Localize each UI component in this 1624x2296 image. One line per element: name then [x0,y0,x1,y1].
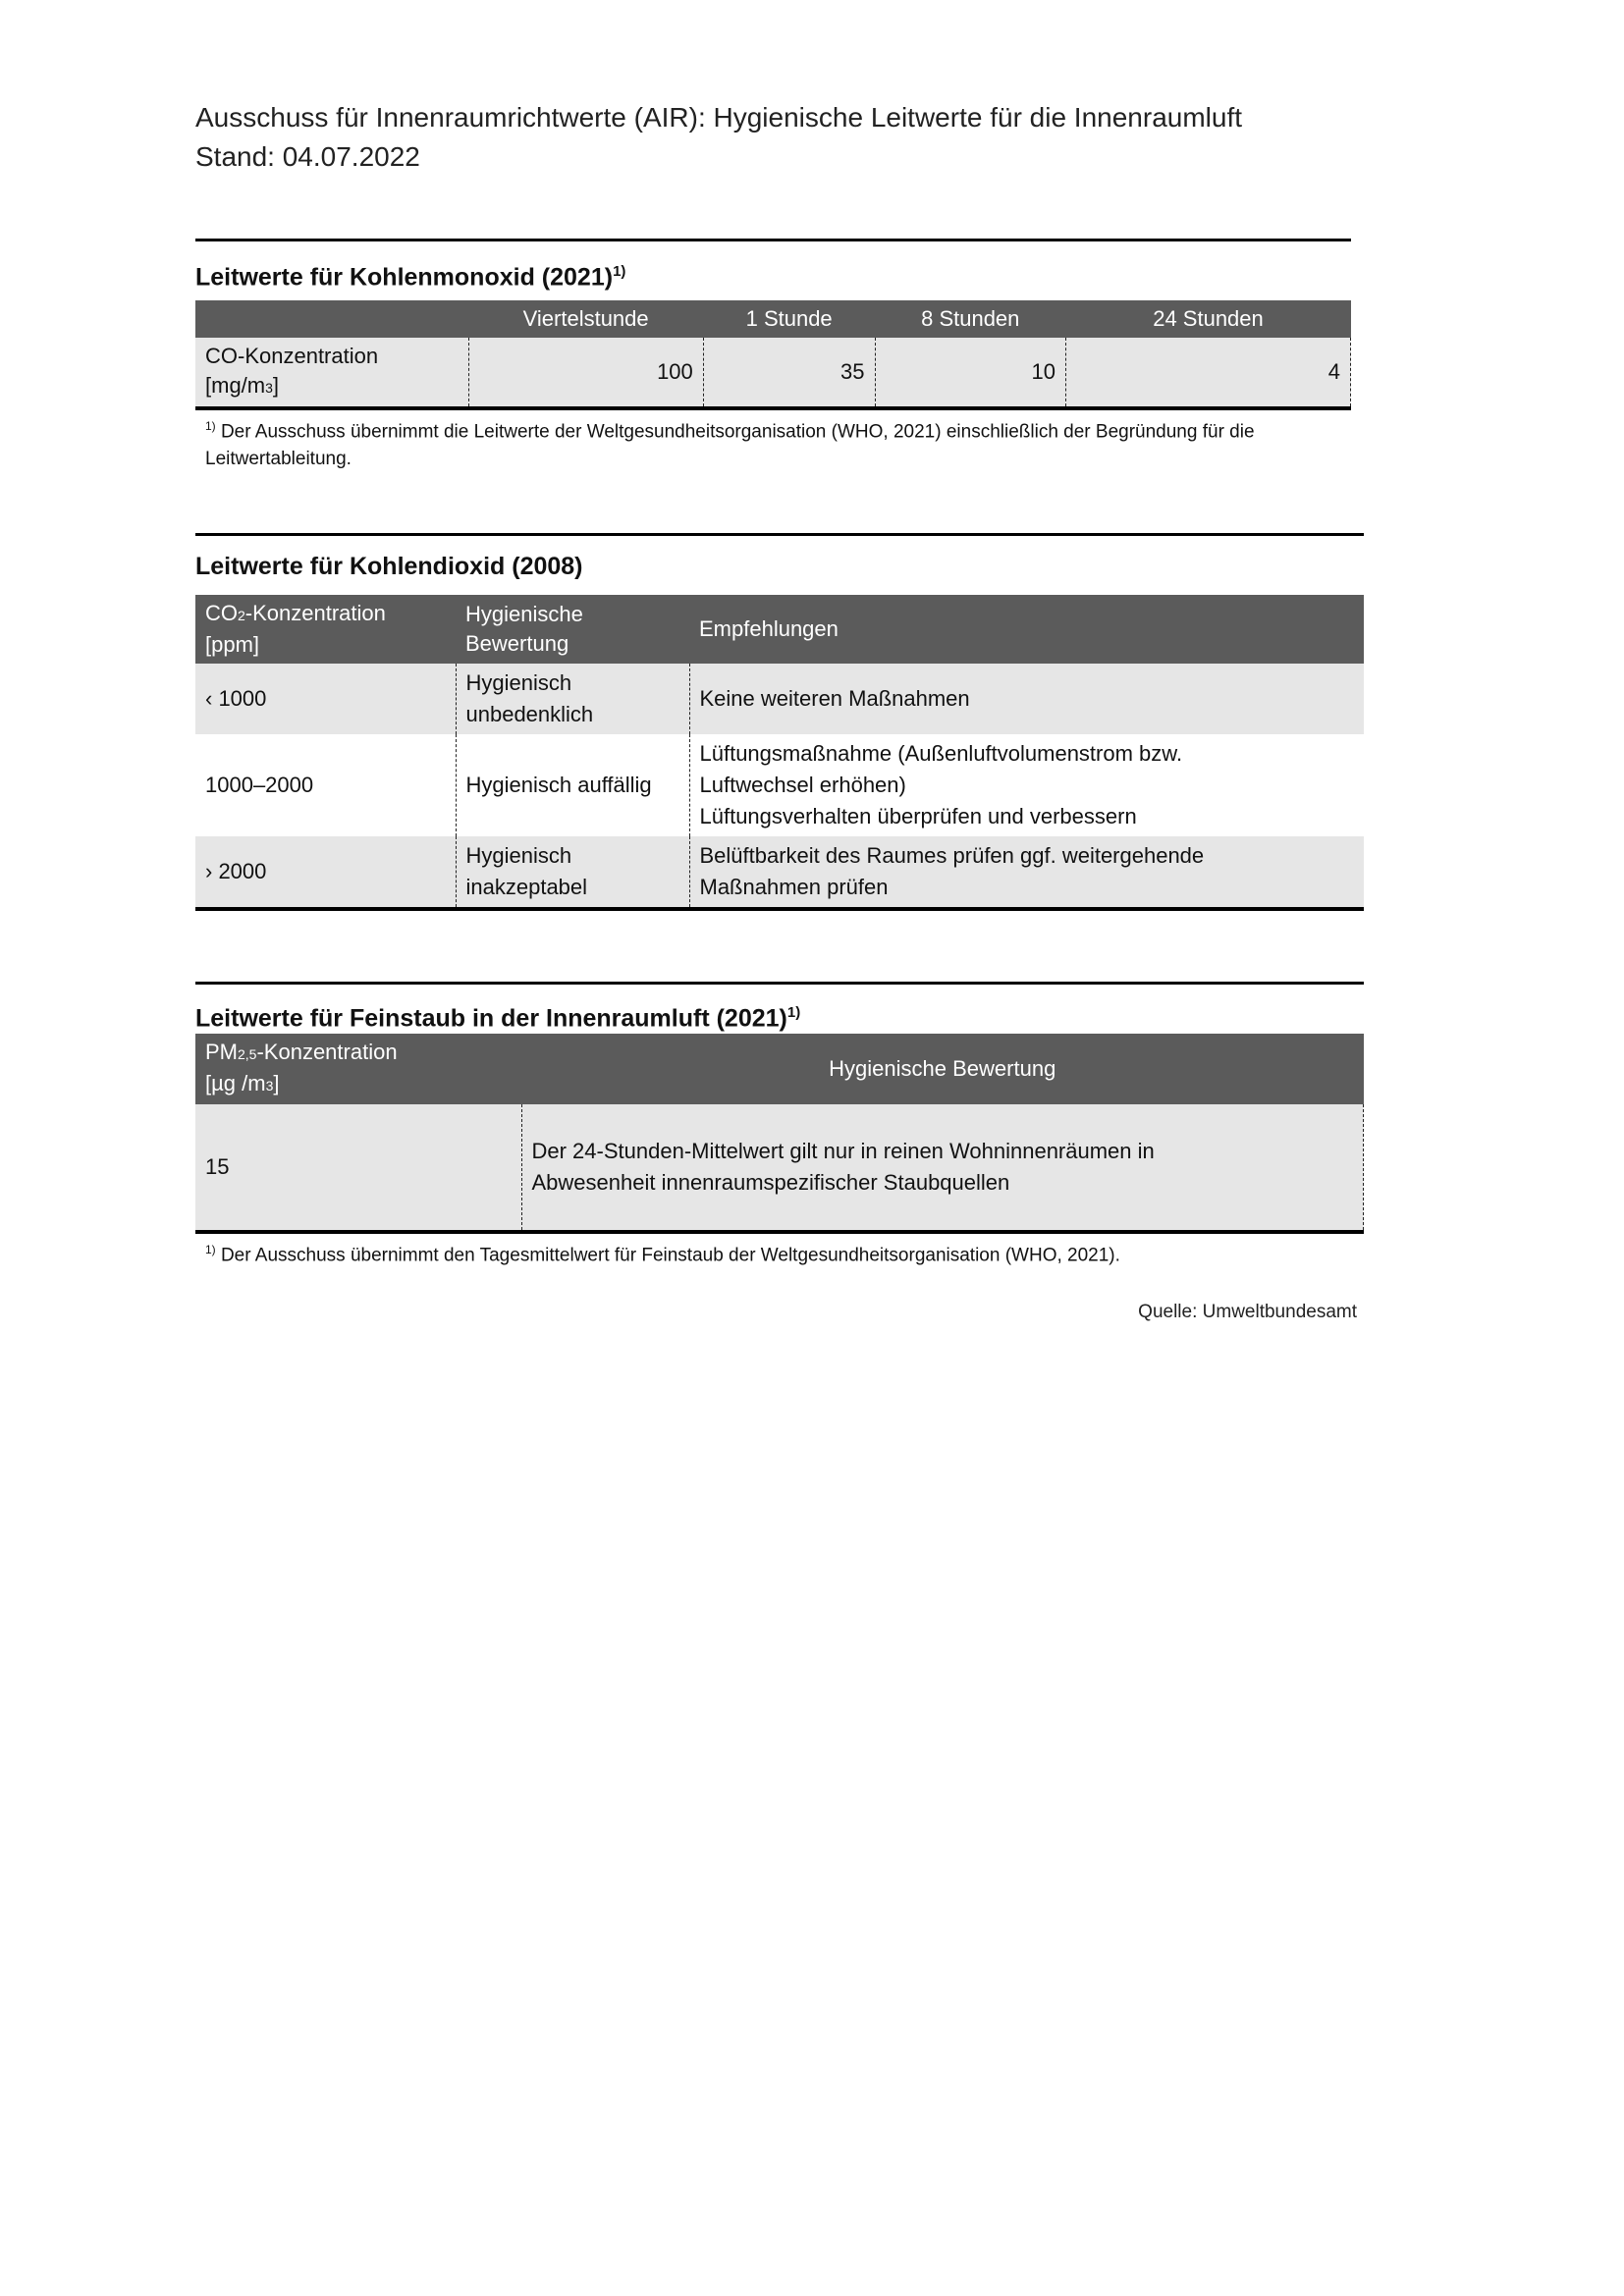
co2-section-title: Leitwerte für Kohlendioxid (2008) [195,552,1364,595]
co2-recommendation: Keine weiteren Maßnahmen [689,664,1364,734]
co2-table: CO2-Konzentration[ppm] HygienischeBewert… [195,595,1364,911]
co2-header-rating: HygienischeBewertung [456,595,689,664]
co-header-24h: 24 Stunden [1066,300,1351,338]
document-title: Ausschuss für Innenraumrichtwerte (AIR):… [195,98,1242,137]
document-header: Ausschuss für Innenraumrichtwerte (AIR):… [195,98,1242,177]
table-row: ‹ 1000 Hygienischunbedenklich Keine weit… [195,664,1364,734]
co-section-title: Leitwerte für Kohlenmonoxid (2021)1) [195,257,1351,300]
co2-range: 1000–2000 [195,734,456,836]
pm-footnote: 1) Der Ausschuss übernimmt den Tagesmitt… [195,1236,1364,1269]
co2-recommendation: Belüftbarkeit des Raumes prüfen ggf. wei… [689,836,1364,909]
table-row: 15 Der 24-Stunden-Mittelwert gilt nur in… [195,1104,1364,1232]
co2-recommendation: Lüftungsmaßnahme (Außenluftvolumenstrom … [689,734,1364,836]
co-footnote: 1) Der Ausschuss übernimmt die Leitwerte… [195,412,1351,473]
table-row: 1000–2000 Hygienisch auffällig Lüftungsm… [195,734,1364,836]
pm-rating: Der 24-Stunden-Mittelwert gilt nur in re… [521,1104,1364,1232]
co2-rating: Hygienischunbedenklich [456,664,689,734]
section-divider [195,533,1364,536]
co2-range: › 2000 [195,836,456,909]
co-value-1h: 35 [703,338,875,408]
pm-header-rating: Hygienische Bewertung [521,1034,1364,1104]
section-divider [195,239,1351,241]
co-value-24h: 4 [1066,338,1351,408]
co-value-8h: 10 [875,338,1066,408]
co-table: Viertelstunde 1 Stunde 8 Stunden 24 Stun… [195,300,1351,410]
co-section: Leitwerte für Kohlenmonoxid (2021)1) Vie… [195,239,1351,473]
co2-rating: Hygienischinakzeptabel [456,836,689,909]
co2-header-concentration: CO2-Konzentration[ppm] [195,595,456,664]
co-row-label: CO-Konzentration [mg/m3] [195,338,468,408]
document-date: Stand: 04.07.2022 [195,137,1242,177]
co2-header-recommendations: Empfehlungen [689,595,1364,664]
co-header-quarter-hour: Viertelstunde [468,300,703,338]
co2-range: ‹ 1000 [195,664,456,734]
table-row: › 2000 Hygienischinakzeptabel Belüftbark… [195,836,1364,909]
pm-section-title: Leitwerte für Feinstaub in der Innenraum… [195,998,1364,1034]
co-header-1h: 1 Stunde [703,300,875,338]
co-header-empty [195,300,468,338]
source-note: Quelle: Umweltbundesamt [1138,1302,1357,1323]
co2-section: Leitwerte für Kohlendioxid (2008) CO2-Ko… [195,533,1364,911]
co-value-quarter-hour: 100 [468,338,703,408]
pm-header-concentration: PM2,5-Konzentration[µg /m3] [195,1034,521,1104]
pm-section: Leitwerte für Feinstaub in der Innenraum… [195,982,1364,1269]
co-header-8h: 8 Stunden [875,300,1066,338]
co2-rating: Hygienisch auffällig [456,734,689,836]
section-divider [195,982,1364,985]
pm-value: 15 [195,1104,521,1232]
pm-table: PM2,5-Konzentration[µg /m3] Hygienische … [195,1034,1364,1234]
